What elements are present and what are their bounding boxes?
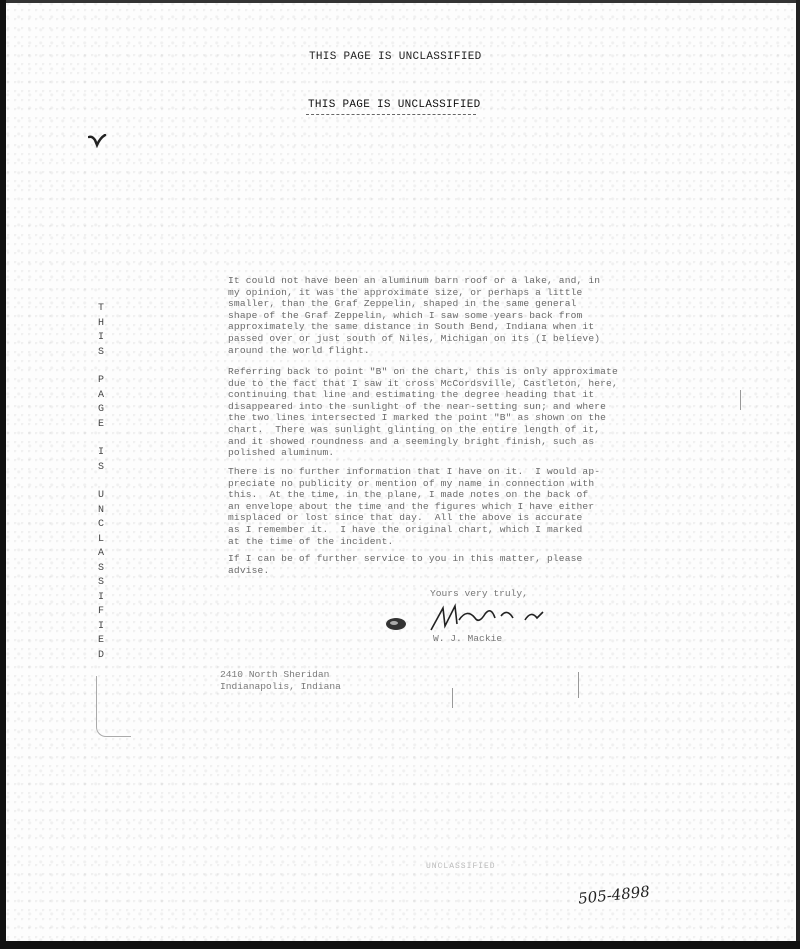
stamp-gap (95, 432, 107, 446)
stamp-gap (95, 360, 107, 374)
scan-border-left (0, 0, 6, 949)
stamp-letter: A (95, 389, 107, 404)
text-line: an envelope about the time and the figur… (228, 501, 698, 513)
text-line: polished aluminum. (228, 447, 698, 459)
classification-stamp-second: THIS PAGE IS UNCLASSIFIED (308, 99, 481, 111)
stamp-letter: S (95, 576, 107, 591)
text-line: advise. (228, 565, 698, 577)
stamp-letter: T (95, 302, 107, 317)
stamp-letter: I (95, 331, 107, 346)
text-line: as I remember it. I have the original ch… (228, 524, 698, 536)
stamp-letter: G (95, 403, 107, 418)
text-line: and it showed roundness and a seemingly … (228, 436, 698, 448)
stamp-letter: P (95, 374, 107, 389)
text-line: misplaced or lost since that day. All th… (228, 512, 698, 524)
text-line: shape of the Graf Zeppelin, which I saw … (228, 310, 698, 322)
scan-border-bottom (0, 941, 800, 949)
check-mark-icon (88, 134, 108, 148)
stamp-letter: N (95, 504, 107, 519)
classification-stamp-top: THIS PAGE IS UNCLASSIFIED (309, 51, 482, 63)
text-line: my opinion, it was the approximate size,… (228, 287, 698, 299)
margin-bracket-mark (96, 676, 131, 737)
text-line: passed over or just south of Niles, Mich… (228, 333, 698, 345)
stamp-gap (95, 475, 107, 489)
signer-name: W. J. Mackie (433, 633, 502, 644)
stamp-letter: U (95, 489, 107, 504)
text-line: preciate no publicity or mention of my n… (228, 478, 698, 490)
scan-artifact-line (740, 390, 741, 410)
text-line: disappeared into the sunlight of the nea… (228, 401, 698, 413)
text-line: approximately the same distance in South… (228, 321, 698, 333)
scan-artifact-line (452, 688, 453, 708)
stamp-underline (306, 114, 476, 116)
text-line: around the world flight. (228, 345, 698, 357)
paragraph-3: There is no further information that I h… (228, 466, 698, 547)
address-line: 2410 North Sheridan (220, 669, 341, 681)
stamp-letter: D (95, 649, 107, 664)
stamp-letter: S (95, 346, 107, 361)
ink-blot (383, 614, 409, 632)
stamp-letter: A (95, 547, 107, 562)
letter-closing: Yours very truly, (430, 588, 528, 599)
faint-classification-stamp: UNCLASSIFIED (426, 862, 496, 871)
stamp-letter: C (95, 518, 107, 533)
text-line: There is no further information that I h… (228, 466, 698, 478)
scan-artifact-line (578, 672, 579, 698)
text-line: this. At the time, in the plane, I made … (228, 489, 698, 501)
address-line: Indianapolis, Indiana (220, 681, 341, 693)
text-line: If I can be of further service to you in… (228, 553, 698, 565)
stamp-letter: E (95, 634, 107, 649)
scan-border-right (796, 0, 800, 949)
stamp-letter: I (95, 620, 107, 635)
paragraph-4: If I can be of further service to you in… (228, 553, 698, 576)
scanned-letter-page: THIS PAGE IS UNCLASSIFIED THIS PAGE IS U… (0, 0, 800, 949)
handwritten-signature (425, 600, 555, 634)
handwritten-file-number: 505-4898 (577, 882, 650, 907)
paragraph-2: Referring back to point "B" on the chart… (228, 366, 698, 459)
stamp-letter: H (95, 317, 107, 332)
stamp-letter: F (95, 605, 107, 620)
text-line: at the time of the incident. (228, 536, 698, 548)
paragraph-1: It could not have been an aluminum barn … (228, 275, 698, 356)
text-line: Referring back to point "B" on the chart… (228, 366, 698, 378)
text-line: continuing that line and estimating the … (228, 389, 698, 401)
text-line: the two lines intersected I marked the p… (228, 412, 698, 424)
stamp-letter: S (95, 461, 107, 476)
stamp-letter: S (95, 562, 107, 577)
text-line: chart. There was sunlight glinting on th… (228, 424, 698, 436)
scan-border-top (0, 0, 800, 3)
vertical-classification-stamp: T H I S P A G E I S U N C L A S S I F I … (95, 302, 107, 663)
text-line: due to the fact that I saw it cross McCo… (228, 378, 698, 390)
stamp-letter: I (95, 446, 107, 461)
text-line: smaller, than the Graf Zeppelin, shaped … (228, 298, 698, 310)
stamp-letter: E (95, 418, 107, 433)
text-line: It could not have been an aluminum barn … (228, 275, 698, 287)
stamp-letter: I (95, 591, 107, 606)
sender-address: 2410 North SheridanIndianapolis, Indiana (220, 669, 341, 692)
stamp-letter: L (95, 533, 107, 548)
